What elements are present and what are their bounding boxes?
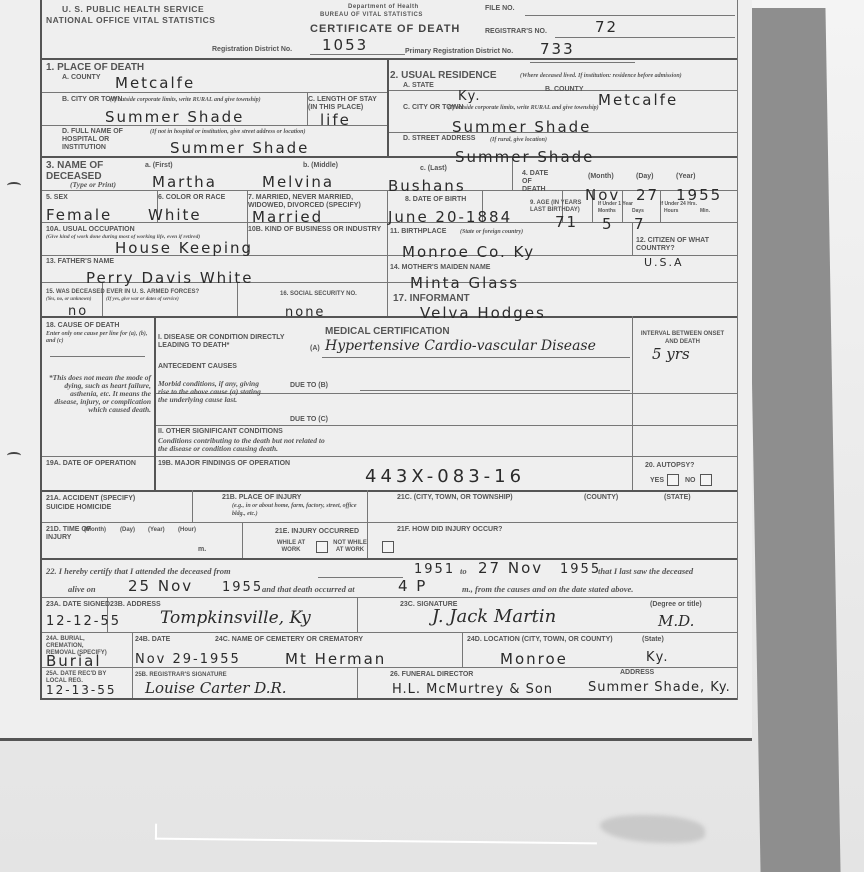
certify-text-3: m., from the causes and on the date stat…	[462, 585, 633, 593]
death-county-label: a. COUNTY	[62, 74, 101, 82]
place-of-death-heading: 1. PLACE OF DEATH	[46, 62, 144, 73]
age-days-value[interactable]: 7	[634, 215, 646, 233]
degree-label: (Degree or title)	[650, 601, 702, 609]
length-of-stay-label: c. LENGTH OF STAY (in this place)	[308, 96, 378, 112]
burial-location-state-label: (State)	[642, 636, 664, 644]
while-at-work-label: WHILE AT WORK	[272, 540, 310, 554]
cause-of-death-label: 18. CAUSE OF DEATH	[46, 322, 119, 330]
medical-certification-heading: MEDICAL CERTIFICATION	[325, 326, 450, 337]
not-while-at-work-checkbox[interactable]	[382, 541, 394, 553]
usual-residence-note: (Where deceased lived. If institution: r…	[520, 72, 682, 80]
death-city-note: (If outside corporate limits, write RURA…	[110, 96, 261, 104]
date-of-death-label: 4. DATE OF DEATH	[522, 170, 552, 194]
date-received-value[interactable]: 12-13-55	[46, 683, 116, 697]
cause-a-value[interactable]: Hypertensive Cardio-vascular Disease	[325, 338, 596, 354]
months-label: Months	[598, 207, 616, 215]
alive-on-label: alive on	[68, 585, 96, 593]
name-note: (Type or Print)	[70, 181, 116, 189]
injury-time-day-label: (Day)	[120, 526, 135, 534]
hospital-note: (If not in hospital or institution, give…	[150, 128, 306, 136]
injury-state-label: (STATE)	[664, 494, 691, 502]
residence-state-label: a. STATE	[403, 82, 434, 90]
informant-value[interactable]: Velva Hodges	[420, 304, 546, 322]
death-day-value[interactable]: 27	[636, 186, 659, 204]
attended-to-date[interactable]: 27 Nov	[478, 559, 543, 577]
burial-date-value[interactable]: Nov 29-1955	[135, 652, 241, 667]
place-of-injury-note: (e.g., in or about home, farm, factory, …	[232, 502, 367, 518]
burial-location-value[interactable]: Monroe	[500, 650, 568, 668]
attended-from-year[interactable]: 1951	[414, 562, 455, 577]
hospital-label: d. FULL NAME OF HOSPITAL OR INSTITUTION	[62, 128, 152, 152]
citizenship-label: 12. CITIZEN OF WHAT COUNTRY?	[636, 237, 726, 253]
cemetery-value[interactable]: Mt Herman	[285, 650, 386, 668]
autopsy-label: 20. AUTOPSY?	[645, 462, 694, 470]
mother-name-label: 14. MOTHER'S MAIDEN NAME	[390, 264, 490, 272]
residence-county-label: b. COUNTY	[545, 86, 584, 94]
attended-to-year[interactable]: 1955	[560, 562, 601, 577]
injury-time-m: m.	[198, 546, 206, 554]
line-a-label: (a)	[310, 345, 320, 353]
hospital-value[interactable]: Summer Shade	[170, 139, 309, 157]
certify-text-1: 22. I hereby certify that I attended the…	[46, 567, 231, 575]
funeral-director-value[interactable]: H.L. McMurtrey & Son	[392, 682, 553, 697]
alive-on-date[interactable]: 25 Nov	[128, 577, 193, 595]
residence-address-note: (If rural, give location)	[490, 136, 547, 144]
birth-date-value[interactable]: June 20-1884	[388, 208, 512, 226]
funeral-director-label: 26. FUNERAL DIRECTOR	[390, 671, 473, 679]
burial-location-state-value[interactable]: Ky.	[646, 650, 670, 665]
occupation-label: 10a. USUAL OCCUPATION	[46, 226, 135, 234]
date-signed-label: 23a. DATE SIGNED	[46, 601, 110, 609]
other-conditions-label: II. OTHER SIGNIFICANT CONDITIONS	[158, 428, 283, 436]
cemetery-label: 24c. NAME OF CEMETERY OR CREMATORY	[215, 636, 363, 644]
father-name-label: 13. FATHER'S NAME	[46, 258, 114, 266]
injury-occurred-label: 21e. INJURY OCCURRED	[275, 528, 359, 536]
death-day-label: (Day)	[636, 173, 654, 181]
sex-value[interactable]: Female	[46, 206, 112, 224]
injury-county-label: (COUNTY)	[584, 494, 618, 502]
autopsy-no-label: NO	[685, 477, 696, 485]
cause-note: Enter only one cause per line for (a), (…	[46, 331, 151, 345]
certifier-address-value[interactable]: Tompkinsville, Ky	[160, 608, 311, 628]
race-label: 6. COLOR OR RACE	[158, 194, 225, 202]
accident-type-label: 21a. ACCIDENT (Specify) SUICIDE HOMICIDE	[46, 494, 136, 512]
age-label: 9. AGE (In years last birthday)	[530, 200, 592, 214]
race-value[interactable]: White	[148, 206, 202, 224]
burial-date-label: 24b. DATE	[135, 636, 170, 644]
other-conditions-note: Conditions contributing to the death but…	[158, 437, 328, 453]
autopsy-no-checkbox[interactable]	[700, 474, 712, 486]
due-to-c-label: DUE TO (c)	[290, 416, 328, 424]
first-name-label: a. (First)	[145, 162, 173, 170]
citizenship-value[interactable]: U.S.A	[644, 256, 684, 269]
informant-label: 17. INFORMANT	[393, 293, 470, 304]
degree-value[interactable]: M.D.	[658, 612, 694, 630]
registrar-signature-label: 25b. REGISTRAR'S SIGNATURE	[135, 671, 227, 679]
middle-name-value[interactable]: Melvina	[262, 173, 334, 191]
name-of-deceased-label: 3. NAME OF DECEASED	[46, 160, 126, 182]
disease-condition-label: I. DISEASE OR CONDITION DIRECTLY LEADING…	[158, 334, 308, 350]
funeral-address-label: ADDRESS	[620, 669, 654, 677]
residence-address-value[interactable]: Summer Shade	[455, 148, 594, 166]
residence-city-value[interactable]: Summer Shade	[452, 118, 591, 136]
birthplace-value[interactable]: Monroe Co. Ky	[402, 243, 535, 261]
armed-forces-value[interactable]: no	[68, 304, 88, 319]
birthplace-label: 11. BIRTHPLACE	[390, 228, 446, 236]
certifier-address-label: 23b. ADDRESS	[110, 601, 161, 609]
usual-residence-heading: 2. USUAL RESIDENCE	[390, 70, 497, 81]
days-label: Days	[632, 207, 644, 215]
antecedent-causes-label: ANTECEDENT CAUSES	[158, 363, 237, 371]
residence-address-label: d. STREET ADDRESS	[403, 135, 475, 143]
autopsy-yes-checkbox[interactable]	[667, 474, 679, 486]
armed-forces-note-2: (If yes, give war or dates of service)	[106, 296, 179, 304]
death-certificate: U. S. PUBLIC HEALTH SERVICE NATIONAL OFF…	[0, 0, 752, 741]
armed-forces-label: 15. WAS DECEASED EVER IN U. S. ARMED FOR…	[46, 288, 199, 296]
signature-value[interactable]: J. Jack Martin	[432, 606, 556, 627]
injury-time-hour-label: (Hour)	[178, 526, 196, 534]
interval-a-value[interactable]: 5 yrs	[652, 345, 690, 363]
how-injury-occurred-label: 21f. HOW DID INJURY OCCUR?	[397, 526, 502, 534]
ssn-value[interactable]: none	[285, 305, 325, 320]
burial-location-label: 24d. LOCATION (City, town, or county)	[467, 636, 613, 644]
death-city-value[interactable]: Summer Shade	[105, 108, 244, 126]
operation-date-label: 19a. DATE OF OPERATION	[46, 460, 151, 468]
armed-forces-note-1: (Yes, no, or unknown)	[46, 296, 91, 304]
death-month-label: (Month)	[588, 173, 614, 181]
to-word: to	[460, 567, 467, 575]
minutes-label: Min.	[700, 207, 710, 215]
mother-name-value[interactable]: Minta Glass	[410, 274, 519, 292]
last-name-label: c. (Last)	[420, 165, 447, 173]
length-of-stay-value[interactable]: life	[320, 111, 351, 129]
operation-findings-value[interactable]: 443X-083-16	[365, 466, 525, 487]
margin-mark	[7, 182, 21, 189]
alive-on-year[interactable]: 1955	[222, 580, 263, 595]
margin-mark	[7, 452, 21, 459]
cause-footnote: *This does not mean the mode of dying, s…	[46, 374, 151, 414]
burial-method-value[interactable]: Burial	[46, 652, 102, 670]
film-edge-strip	[745, 8, 840, 872]
injury-time-year-label: (Year)	[148, 526, 165, 534]
occupation-value[interactable]: House Keeping	[115, 239, 253, 257]
marital-status-value[interactable]: Married	[252, 208, 323, 226]
injury-time-month-label: (Month)	[84, 526, 106, 534]
business-label: 10b. KIND OF BUSINESS OR INDUSTRY	[248, 226, 383, 234]
middle-name-label: b. (Middle)	[303, 162, 338, 170]
first-name-value[interactable]: Martha	[152, 173, 217, 191]
not-while-at-work-label: NOT WHILE AT WORK	[330, 540, 370, 554]
funeral-address-value[interactable]: Summer Shade, Ky.	[588, 680, 731, 695]
operation-findings-label: 19b. MAJOR FINDINGS OF OPERATION	[158, 460, 290, 468]
autopsy-yes-label: YES	[650, 477, 664, 485]
age-months-value[interactable]: 5	[602, 215, 614, 233]
due-to-b-label: DUE TO (b)	[290, 382, 328, 390]
residence-city-note: (If outside corporate limits, write RURA…	[448, 104, 599, 112]
interval-label: INTERVAL BETWEEN ONSET AND DEATH	[640, 330, 725, 346]
last-name-value[interactable]: Bushans	[388, 177, 466, 195]
father-name-value[interactable]: Perry Davis White	[86, 269, 253, 287]
death-county-value[interactable]: Metcalfe	[115, 74, 195, 92]
age-years-value[interactable]: 71	[555, 213, 578, 231]
registrar-signature-value[interactable]: Louise Carter D.R.	[145, 679, 287, 697]
residence-county-value[interactable]: Metcalfe	[598, 91, 678, 109]
death-occurred-label: and that death occurred at	[262, 585, 355, 593]
sex-label: 5. SEX	[46, 194, 68, 202]
residence-state-value[interactable]: Ky.	[458, 89, 482, 104]
injury-city-label: 21c. (CITY, TOWN, OR TOWNSHIP)	[397, 494, 513, 502]
ssn-label: 16. SOCIAL SECURITY NO.	[280, 290, 380, 298]
morbid-conditions-note: Morbid conditions, if any, giving rise t…	[158, 380, 268, 404]
place-of-injury-label: 21b. PLACE OF INJURY	[222, 494, 301, 502]
birth-date-label: 8. DATE OF BIRTH	[405, 196, 466, 204]
death-year-label: (Year)	[676, 173, 695, 181]
certify-text-2: that I last saw the deceased	[598, 567, 693, 575]
death-time-value[interactable]: 4 P	[398, 577, 427, 595]
date-signed-value[interactable]: 12-12-55	[46, 614, 121, 629]
hours-label: Hours	[664, 207, 678, 215]
birthplace-note: (State or foreign country)	[460, 228, 523, 236]
while-at-work-checkbox[interactable]	[316, 541, 328, 553]
